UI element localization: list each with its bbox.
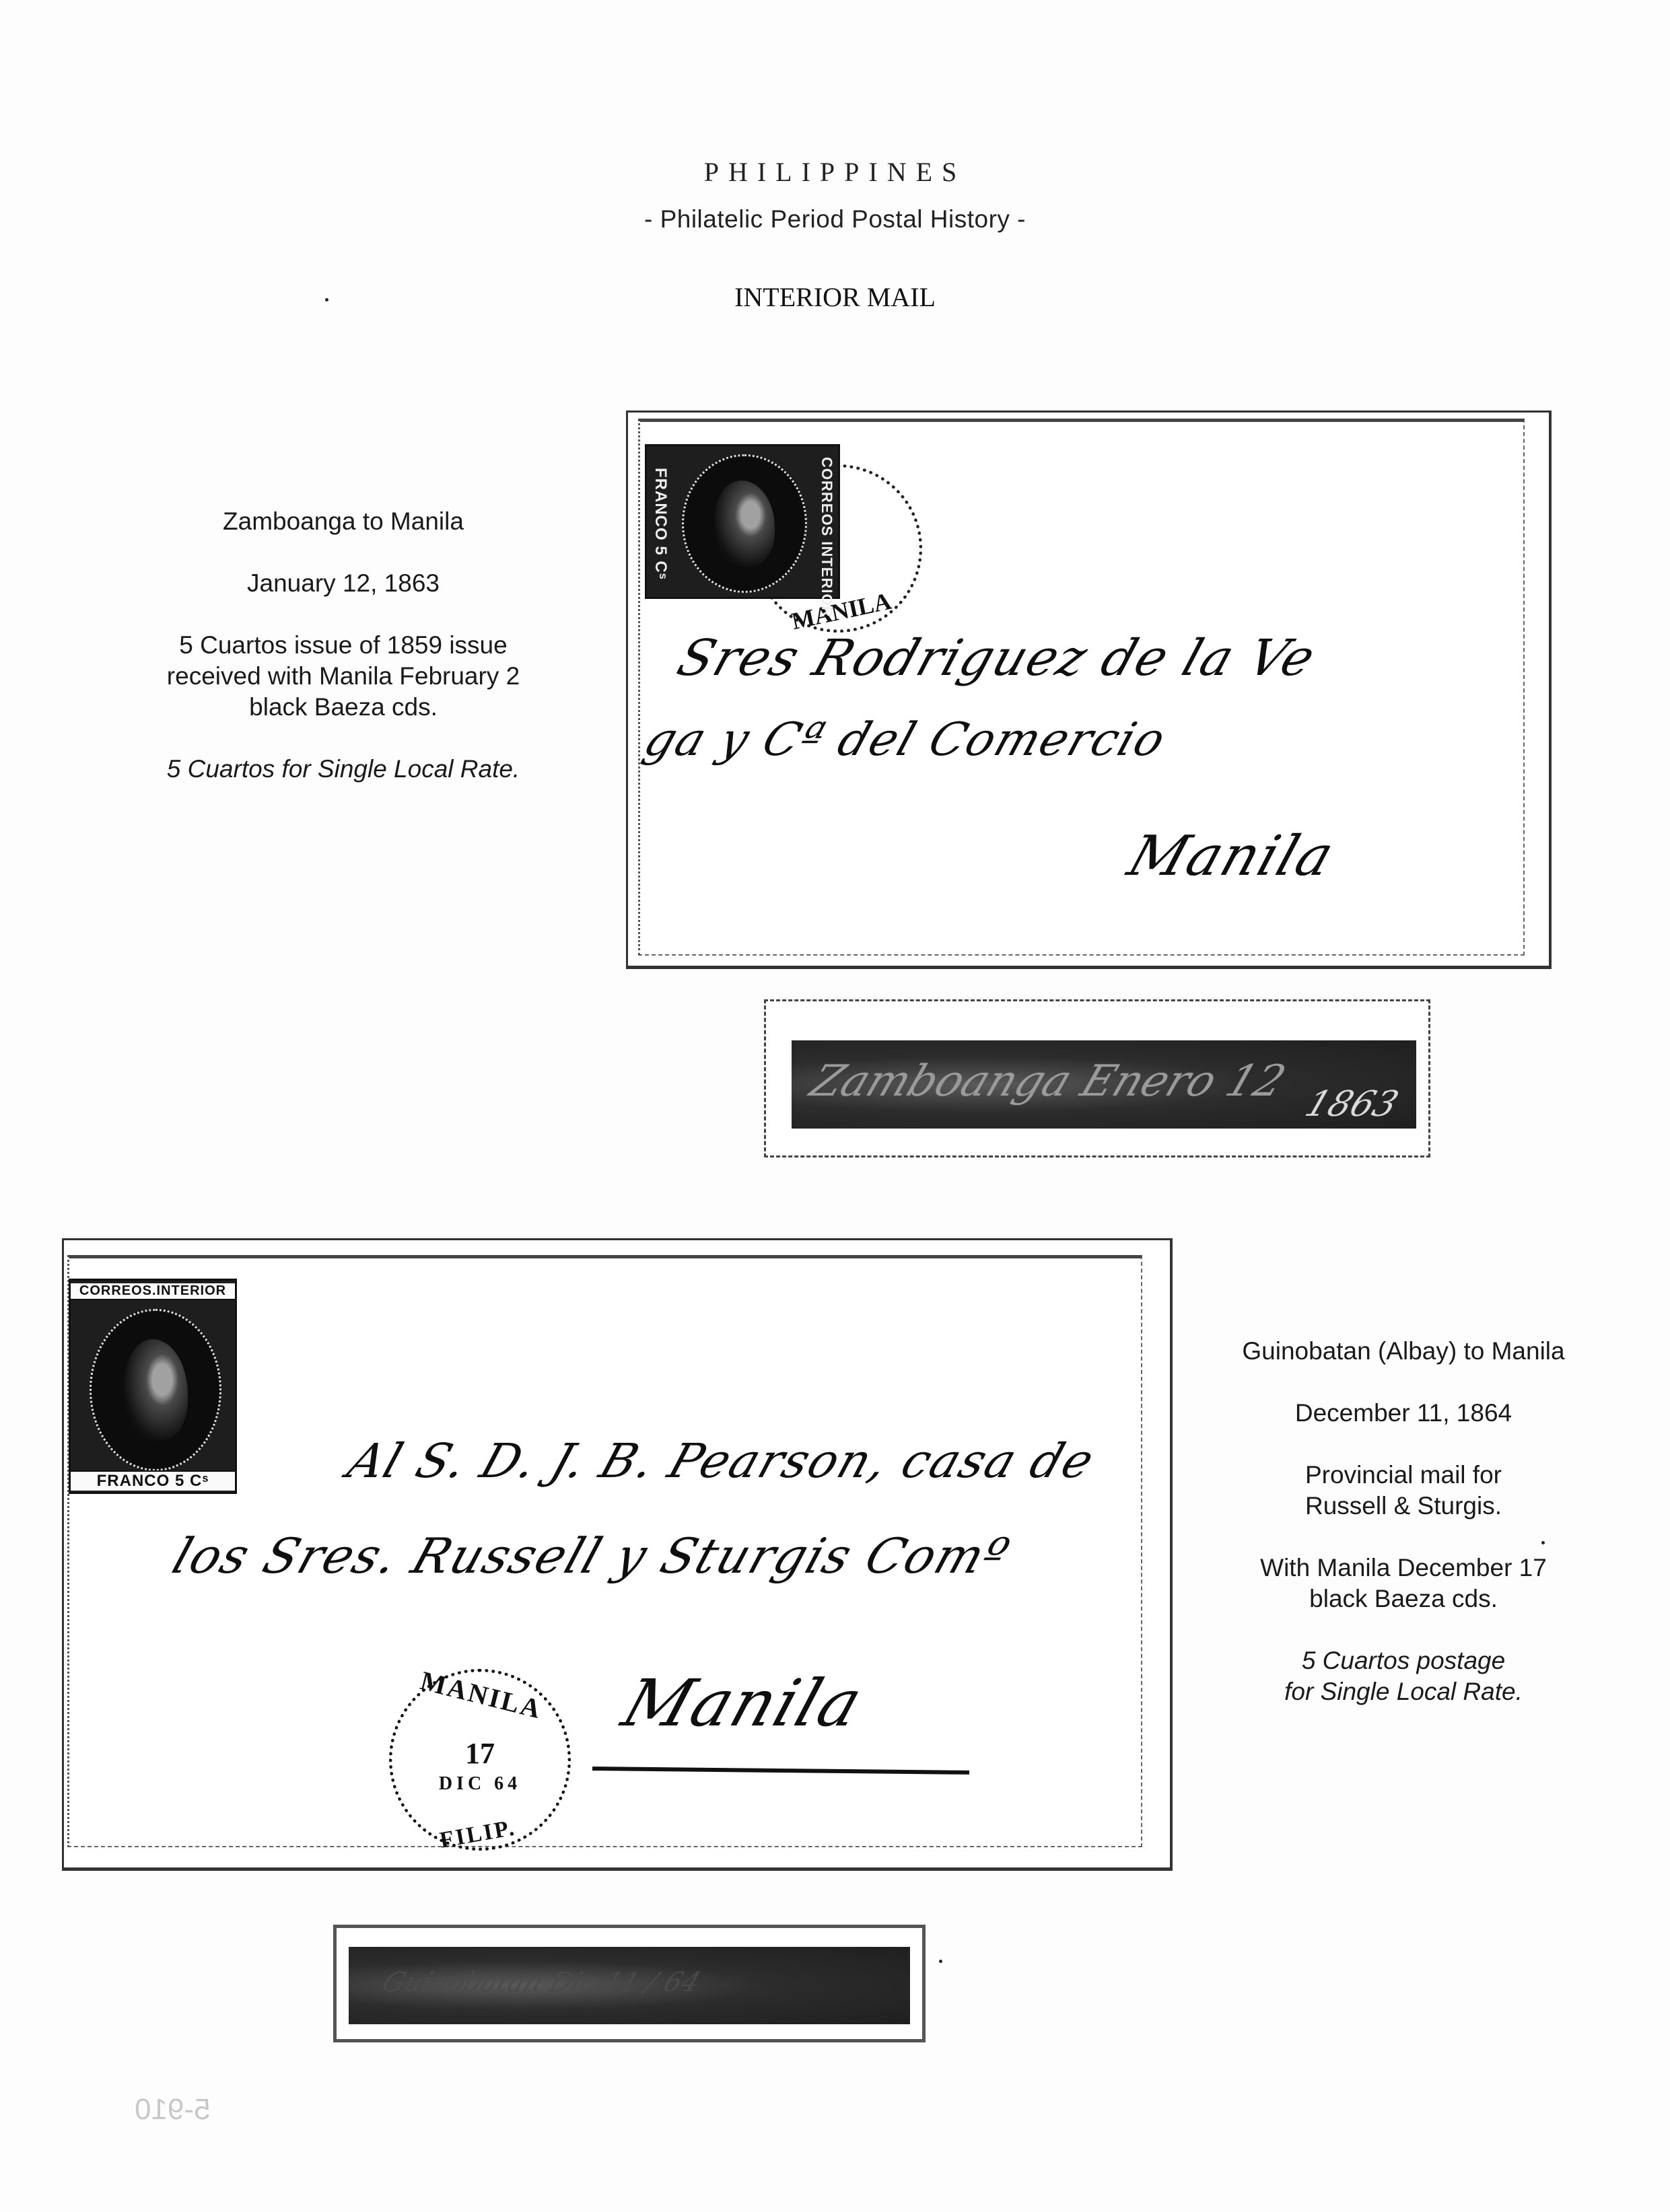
docket-band: Guinobatan Dic 11 / 64 [349, 1947, 910, 2024]
exhibit-2-caption: Guinobatan (Albay) to Manila December 11… [1168, 1336, 1639, 1707]
stamp-value-label: FRANCO 5 Cˢ [71, 1470, 235, 1491]
scan-speck [325, 298, 328, 301]
exhibit-1-description-line: black Baeza cds. [108, 692, 579, 723]
stamp-portrait-oval [682, 454, 807, 593]
exhibit-2-description-line: With Manila December 17 [1168, 1553, 1639, 1583]
exhibit-1-route: Zamboanga to Manila [108, 506, 579, 537]
exhibit-1-rate: 5 Cuartos for Single Local Rate. [108, 754, 579, 785]
pencil-note: 5-910 [135, 2093, 211, 2127]
stamp-value-label: FRANCO 5 Cˢ [650, 460, 670, 587]
address-city: Manila [614, 1666, 872, 1741]
exhibit-1-stamp: FRANCO 5 Cˢ CORREOS INTERIOR [645, 444, 840, 599]
exhibit-1-date: January 12, 1863 [108, 568, 579, 599]
postmark-day: 17 [392, 1736, 567, 1771]
scan-speck [939, 1960, 942, 1963]
exhibit-1-caption: Zamboanga to Manila January 12, 1863 5 C… [108, 506, 579, 785]
exhibit-2-description-line: Russell & Sturgis. [1168, 1491, 1639, 1522]
stamp-issuer-label: CORREOS.INTERIOR [71, 1283, 235, 1300]
exhibit-2-description-line: Provincial mail for [1168, 1460, 1639, 1491]
page-title: PHILIPPINES [0, 156, 1670, 188]
queen-portrait-icon [714, 480, 775, 567]
stamp-portrait-oval [90, 1309, 221, 1471]
docket-year: 1863 [1300, 1084, 1403, 1125]
exhibit-2-description-line: black Baeza cds. [1168, 1583, 1639, 1614]
address-line: los Sres. Russell y Sturgis Comº [166, 1528, 1017, 1584]
section-title: INTERIOR MAIL [0, 281, 1670, 313]
address-line: Al S. D. J. B. Pearson, casa de [341, 1433, 1102, 1489]
address-line: Sres Rodriguez de la Ve [670, 629, 1323, 687]
exhibit-2-route: Guinobatan (Albay) to Manila [1168, 1336, 1639, 1367]
scan-speck [1541, 1541, 1545, 1544]
address-city: Manila [1121, 824, 1343, 888]
exhibit-1-description-line: 5 Cuartos issue of 1859 issue [108, 630, 579, 661]
exhibit-2-docket: Guinobatan Dic 11 / 64 [333, 1925, 926, 2042]
exhibit-2-rate: for Single Local Rate. [1168, 1676, 1639, 1707]
page-subtitle: - Philatelic Period Postal History - [0, 205, 1670, 234]
exhibit-2-stamp: CORREOS.INTERIOR FRANCO 5 Cˢ [69, 1279, 237, 1494]
address-line: ga y Cª del Comercio [637, 713, 1173, 766]
docket-text: Guinobatan Dic 11 / 64 [335, 1947, 924, 2024]
exhibit-2-postmark: MANILA 17 DIC 64 FILIP. [389, 1669, 571, 1851]
exhibit-2-date: December 11, 1864 [1168, 1398, 1639, 1429]
docket-band: Zamboanga Enero 12 1863 [792, 1040, 1416, 1129]
exhibit-1-docket: Zamboanga Enero 12 1863 [764, 999, 1430, 1157]
stamp-issuer-label: CORREOS INTERIOR [815, 457, 835, 592]
exhibit-2-rate: 5 Cuartos postage [1168, 1645, 1639, 1676]
postmark-month-year: DIC 64 [392, 1773, 567, 1795]
exhibit-1-description-line: received with Manila February 2 [108, 661, 579, 692]
queen-portrait-icon [124, 1339, 188, 1440]
